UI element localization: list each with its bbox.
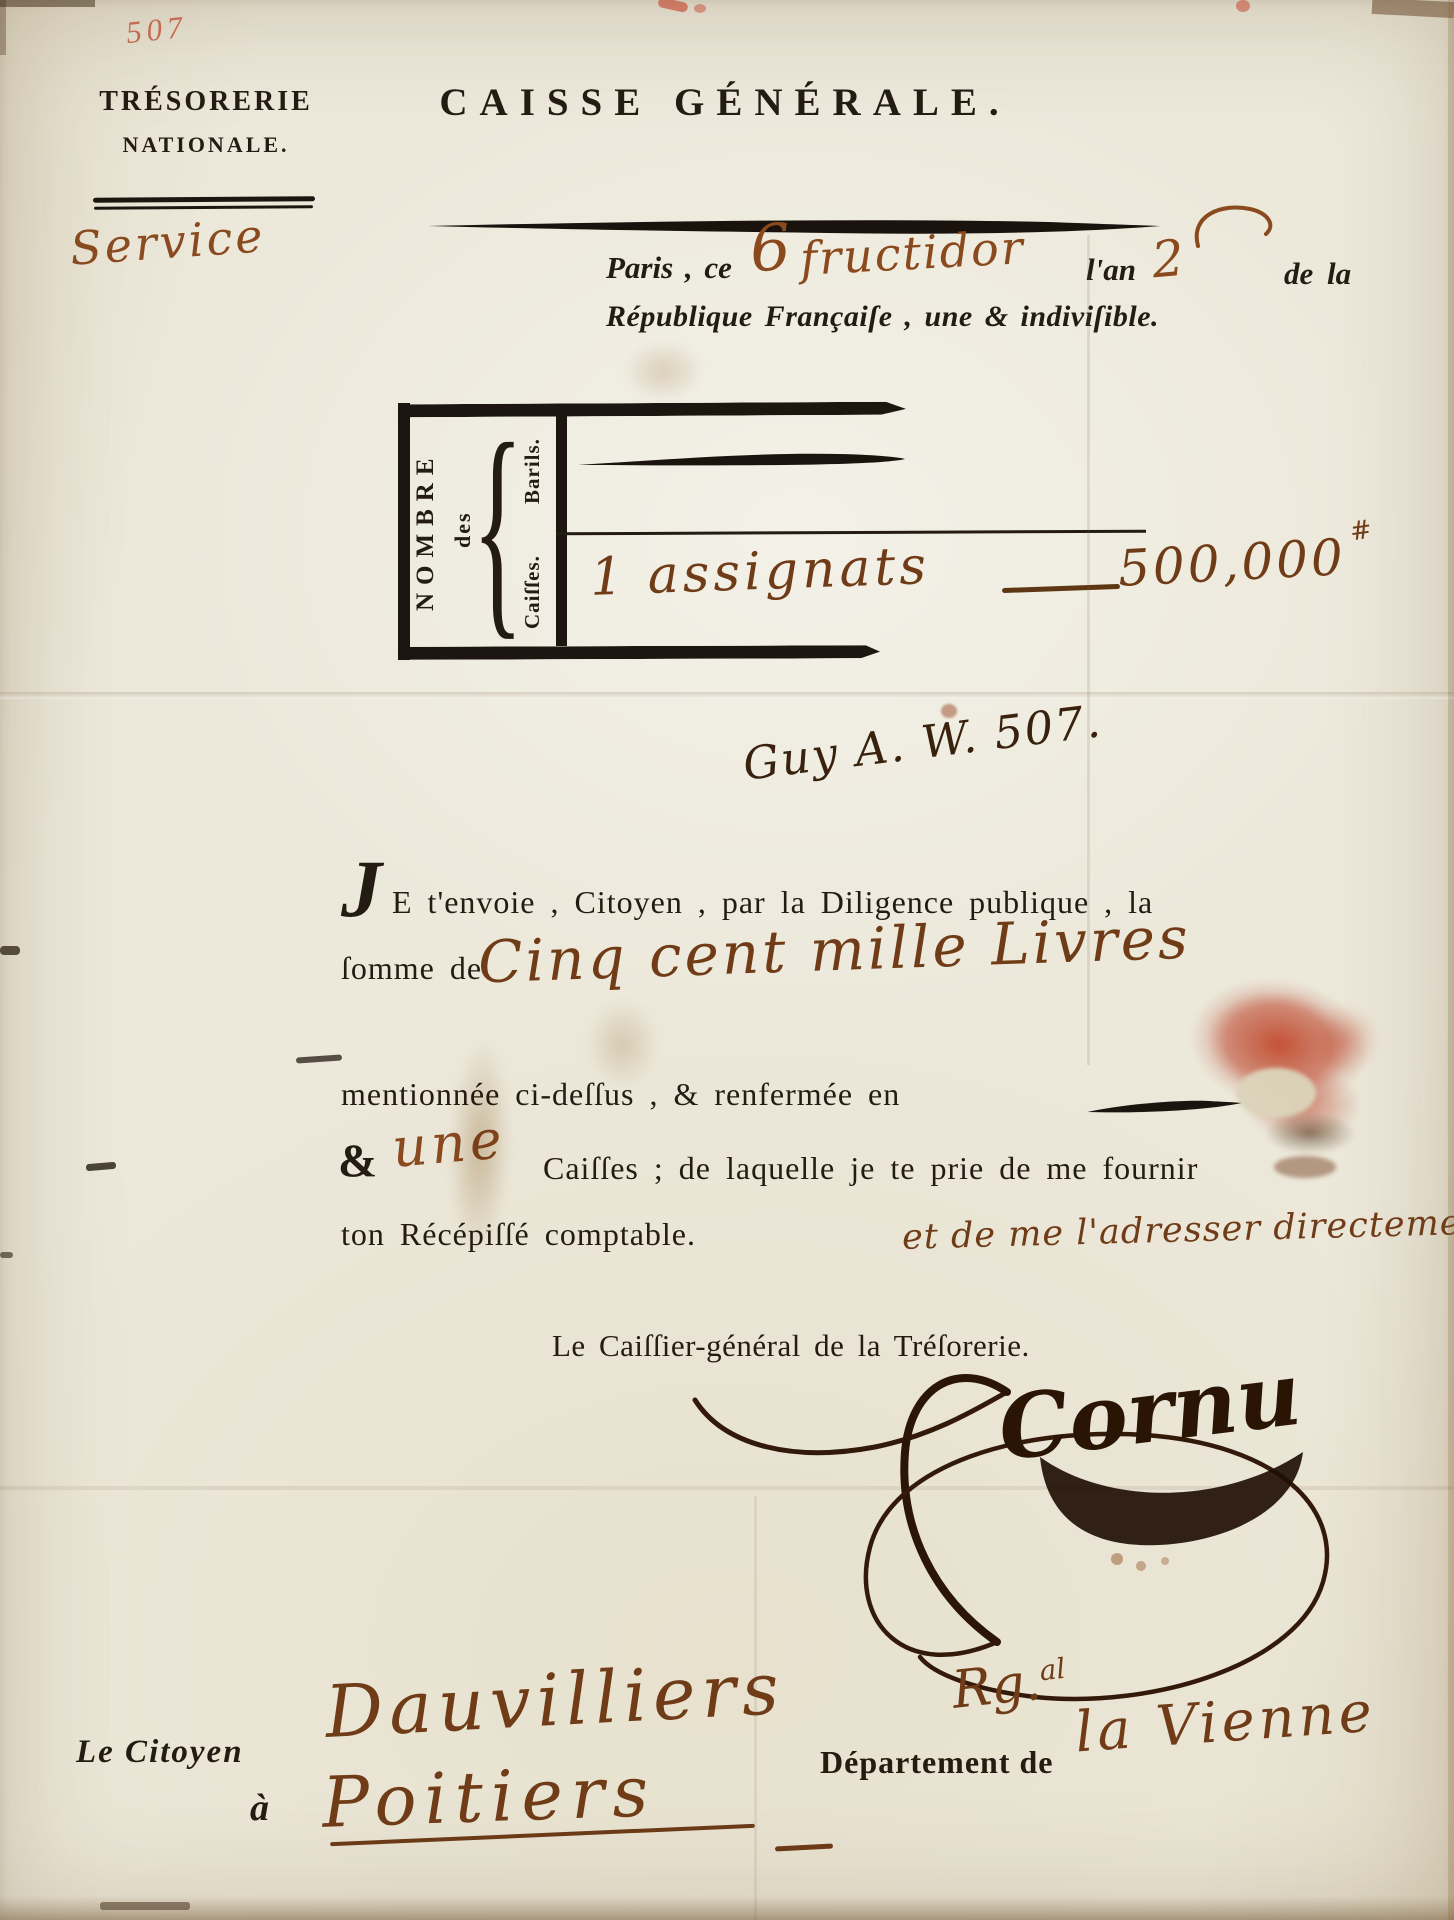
wax-seal-stain — [1180, 968, 1395, 1188]
edge-mark-top-right — [1372, 0, 1454, 18]
fold-crease-horizontal — [0, 692, 1454, 699]
edge-mark-top-left-h — [0, 0, 95, 7]
nombre-row-line — [556, 530, 1146, 536]
red-speck-top-2 — [694, 4, 706, 13]
edge-mark-bottom-left — [100, 1902, 190, 1910]
address-department-label: Département de — [820, 1744, 1053, 1781]
nombre-brace-glyph: { — [472, 408, 523, 648]
handwritten-addendum: et de me l'adresser directement — [902, 1202, 1454, 1258]
seal-red-blob-3 — [1300, 996, 1388, 1084]
nombre-column-divider — [556, 414, 567, 646]
addressee-title-superscript: al — [1038, 1652, 1067, 1688]
seal-red-blob-2 — [1228, 1060, 1376, 1148]
office-rule-top — [93, 196, 315, 203]
column-label-barils: Barils. — [520, 412, 550, 530]
city-trailing-dash — [775, 1843, 833, 1851]
ink-mark-dash-2 — [296, 1054, 342, 1063]
amount-unit: # — [1348, 515, 1374, 548]
nombre-bar-left — [398, 403, 410, 660]
signature-oval-loop — [866, 1434, 1327, 1699]
seal-dark-smudge — [1256, 1108, 1364, 1158]
dateline-suffix: de la — [1284, 256, 1351, 292]
title-rule — [428, 214, 1163, 238]
body-dropcap: J — [341, 848, 382, 930]
ref-note: Guy A. W. 507. — [740, 694, 1105, 791]
address-at-label: à — [250, 1786, 269, 1830]
dateline-month: fructidor — [799, 220, 1026, 286]
dateline-year-flourish — [1190, 200, 1285, 255]
amount-dash — [1002, 584, 1120, 593]
seal-paper-hole — [1236, 1068, 1316, 1118]
office-name-line1: TRÉSORERIE — [92, 86, 320, 118]
ink-mark-left-margin-2 — [0, 1252, 13, 1258]
nombre-vertical-word: NOMBRE — [412, 412, 450, 650]
office-rule-bottom — [94, 205, 313, 210]
stain-above-box — [616, 336, 711, 406]
seal-dot-trail — [1274, 1156, 1336, 1178]
edge-line-right — [1448, 0, 1454, 1920]
red-speck-top-1 — [657, 0, 688, 13]
page-title: CAISSE GÉNÉRALE. — [415, 80, 1035, 125]
body-line2: ſomme de — [341, 950, 482, 987]
addressee-title-main: Rg. — [949, 1652, 1044, 1721]
address-citizen-label: Le Citoyen — [76, 1734, 244, 1771]
document-page: 507 TRÉSORERIE NATIONALE. Service CAISSE… — [0, 0, 1454, 1920]
dateline-year: 2 — [1150, 229, 1187, 290]
addressee-name: Dauvilliers — [323, 1646, 787, 1754]
corner-number: 507 — [124, 9, 189, 51]
address-city: Poitiers — [321, 1750, 658, 1844]
red-speck-top-3 — [1236, 0, 1250, 12]
caisses-entry: 1 assignats — [589, 536, 931, 608]
office-name-line2: NATIONALE. — [92, 132, 320, 158]
dateline-day-number: 6 — [747, 211, 793, 288]
service-note: Service — [68, 208, 267, 276]
amount-value: 500,000 — [1117, 528, 1347, 598]
signature-name: Cornu — [993, 1341, 1306, 1481]
nombre-bar-bottom — [398, 645, 880, 660]
ink-mark-left-margin-1 — [0, 946, 20, 955]
addressee-title: Rg.al — [949, 1649, 1069, 1721]
body-line4: Caiſſes ; de laquelle je te prie de me f… — [543, 1150, 1198, 1187]
edge-band-bottom — [0, 1896, 1454, 1920]
barils-empty-dash — [576, 447, 906, 475]
edge-mark-top-left-v — [0, 0, 6, 55]
dateline-line2: République Françaiſe , une & indiviſible… — [606, 300, 1159, 334]
dateline-lan: l'an — [1086, 252, 1136, 288]
signature-lead-swash — [695, 1392, 1007, 1453]
dateline-prefix: Paris , ce — [606, 250, 732, 286]
body-line5: ton Récépiſſé comptable. — [341, 1216, 696, 1253]
count-word: une — [389, 1107, 508, 1180]
body-ampersand: & — [338, 1134, 377, 1188]
column-label-caisses: Caiſſes. — [520, 536, 550, 648]
body-line3: mentionnée ci-deſſus , & renfermée en — [341, 1076, 900, 1113]
renfermee-dash — [1085, 1094, 1244, 1120]
ink-mark-dash-1 — [86, 1162, 116, 1172]
